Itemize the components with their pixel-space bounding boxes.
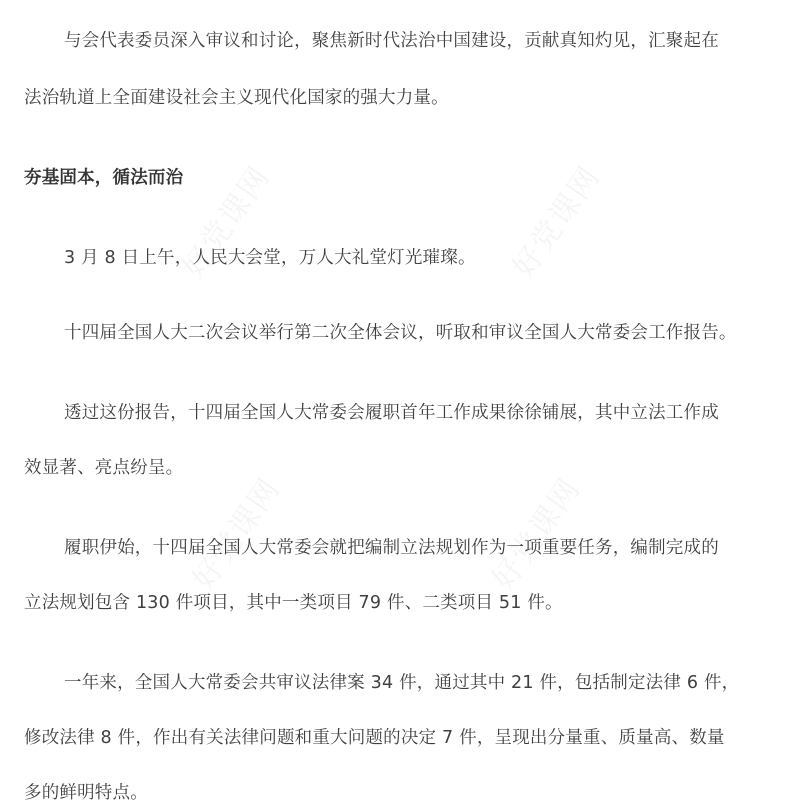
paragraph-5-line-2: 立法规划包含 130 件项目，其中一类项目 79 件、二类项目 51 件。 bbox=[24, 591, 563, 615]
watermark-text: 好党课网 bbox=[179, 467, 288, 597]
paragraph-2-line-1: 3 月 8 日上午，人民大会堂，万人大礼堂灯光璀璨。 bbox=[64, 246, 476, 270]
paragraph-1-line-1: 与会代表委员深入审议和讨论，聚焦新时代法治中国建设，贡献真知灼见，汇聚起在 bbox=[64, 29, 719, 53]
paragraph-6-line-1: 一年来，全国人大常委会共审议法律案 34 件，通过其中 21 件，包括制定法律 … bbox=[64, 671, 739, 695]
paragraph-6-line-2: 修改法律 8 件，作出有关法律问题和重大问题的决定 7 件，呈现出分量重、质量高… bbox=[24, 726, 725, 750]
paragraph-1-line-2: 法治轨道上全面建设社会主义现代化国家的强大力量。 bbox=[24, 86, 449, 110]
section-heading: 夯基固本，循法而治 bbox=[24, 166, 183, 190]
paragraph-4-line-1: 透过这份报告，十四届全国人大常委会履职首年工作成果徐徐铺展，其中立法工作成 bbox=[64, 401, 719, 425]
watermark-text: 好党课网 bbox=[499, 155, 608, 285]
paragraph-3-line-1: 十四届全国人大二次会议举行第二次全体会议，听取和审议全国人大常委会工作报告。 bbox=[64, 321, 737, 345]
watermark-text: 好党课网 bbox=[479, 467, 588, 597]
paragraph-5-line-1: 履职伊始，十四届全国人大常委会就把编制立法规划作为一项重要任务，编制完成的 bbox=[64, 536, 719, 560]
paragraph-4-line-2: 效显著、亮点纷呈。 bbox=[24, 456, 183, 480]
paragraph-6-line-3: 多的鲜明特点。 bbox=[24, 781, 148, 800]
